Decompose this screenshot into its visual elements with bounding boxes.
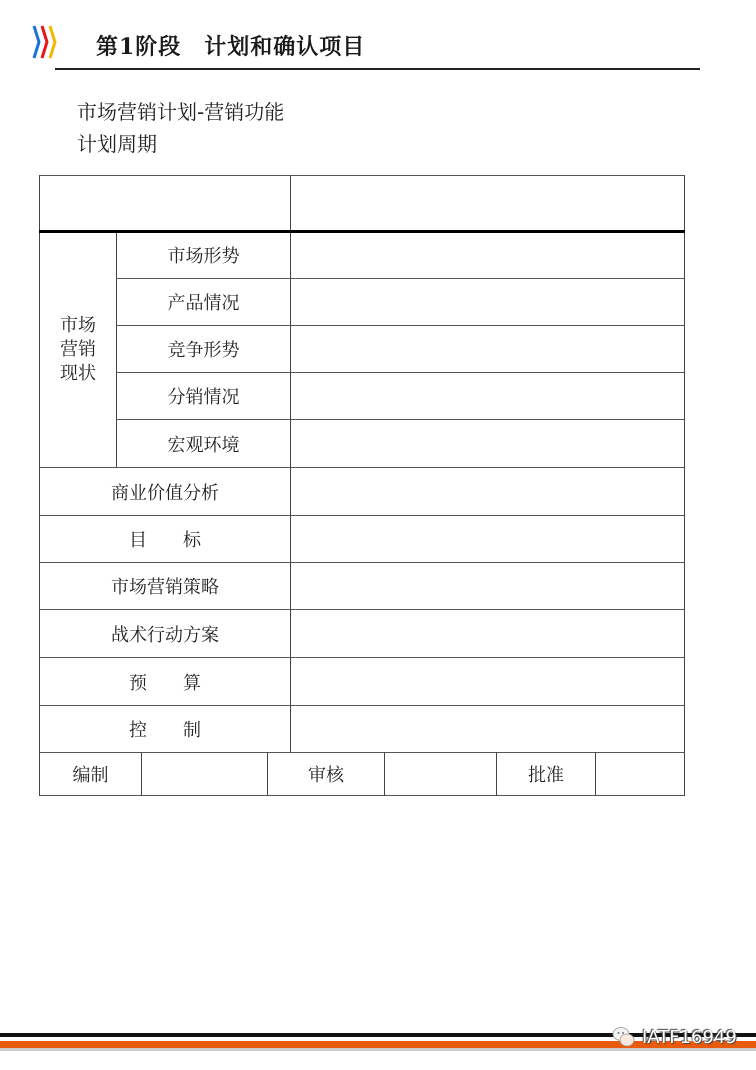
group-label-line: 营销 xyxy=(60,338,96,362)
value-cell[interactable] xyxy=(291,420,684,467)
row-label-marketing-strategy: 市场营销策略 xyxy=(40,563,290,609)
row-label-market-situation: 市场形势 xyxy=(117,231,290,278)
watermark-text: IATF16949 xyxy=(642,1027,737,1048)
group-label-line: 现状 xyxy=(60,362,96,386)
prepared-by-label: 编制 xyxy=(40,753,141,795)
value-cell[interactable] xyxy=(291,610,684,657)
value-cell[interactable] xyxy=(291,706,684,752)
approved-by-field[interactable] xyxy=(596,753,684,795)
prepared-by-field[interactable] xyxy=(142,753,267,795)
plan-period-label: 计划周期 xyxy=(77,128,157,157)
market-status-group-label: 市场 营销 现状 xyxy=(40,233,116,467)
row-label-product-situation: 产品情况 xyxy=(117,279,290,325)
value-cell[interactable] xyxy=(291,231,684,278)
row-label-control: 控 制 xyxy=(40,706,290,752)
value-cell[interactable] xyxy=(291,563,684,609)
value-cell[interactable] xyxy=(291,468,684,515)
row-label-objectives: 目 标 xyxy=(40,516,290,562)
value-cell[interactable] xyxy=(291,516,684,562)
wechat-icon xyxy=(612,1026,636,1048)
row-label-competition: 竞争形势 xyxy=(117,326,290,372)
footer-rule-shadow xyxy=(0,1048,756,1051)
watermark: IATF16949 xyxy=(612,1026,737,1048)
value-cell[interactable] xyxy=(291,373,684,419)
header-divider xyxy=(55,68,700,70)
reviewed-by-field[interactable] xyxy=(385,753,496,795)
reviewed-by-label: 审核 xyxy=(268,753,384,795)
triple-chevron-icon xyxy=(32,24,58,60)
row-label-macro-environment: 宏观环境 xyxy=(117,420,290,467)
document-subtitle: 市场营销计划-营销功能 xyxy=(77,96,284,125)
row-label-business-value: 商业价值分析 xyxy=(40,468,290,515)
table-border-bottom xyxy=(39,795,685,796)
group-label-line: 市场 xyxy=(60,314,96,338)
approved-by-label: 批准 xyxy=(497,753,595,795)
value-cell[interactable] xyxy=(291,279,684,325)
table-border-right xyxy=(684,175,685,796)
header-cell-right[interactable] xyxy=(291,176,684,230)
page-title: 第1阶段 计划和确认项目 xyxy=(96,30,365,61)
row-label-budget: 预 算 xyxy=(40,658,290,705)
value-cell[interactable] xyxy=(291,326,684,372)
row-label-tactical-plan: 战术行动方案 xyxy=(40,610,290,657)
header-cell-left[interactable] xyxy=(40,176,290,230)
value-cell[interactable] xyxy=(291,658,684,705)
row-label-distribution: 分销情况 xyxy=(117,373,290,419)
marketing-plan-table: 市场 营销 现状 市场形势 产品情况 竞争形势 分销情况 宏观环境 商业价值分析… xyxy=(39,175,685,796)
